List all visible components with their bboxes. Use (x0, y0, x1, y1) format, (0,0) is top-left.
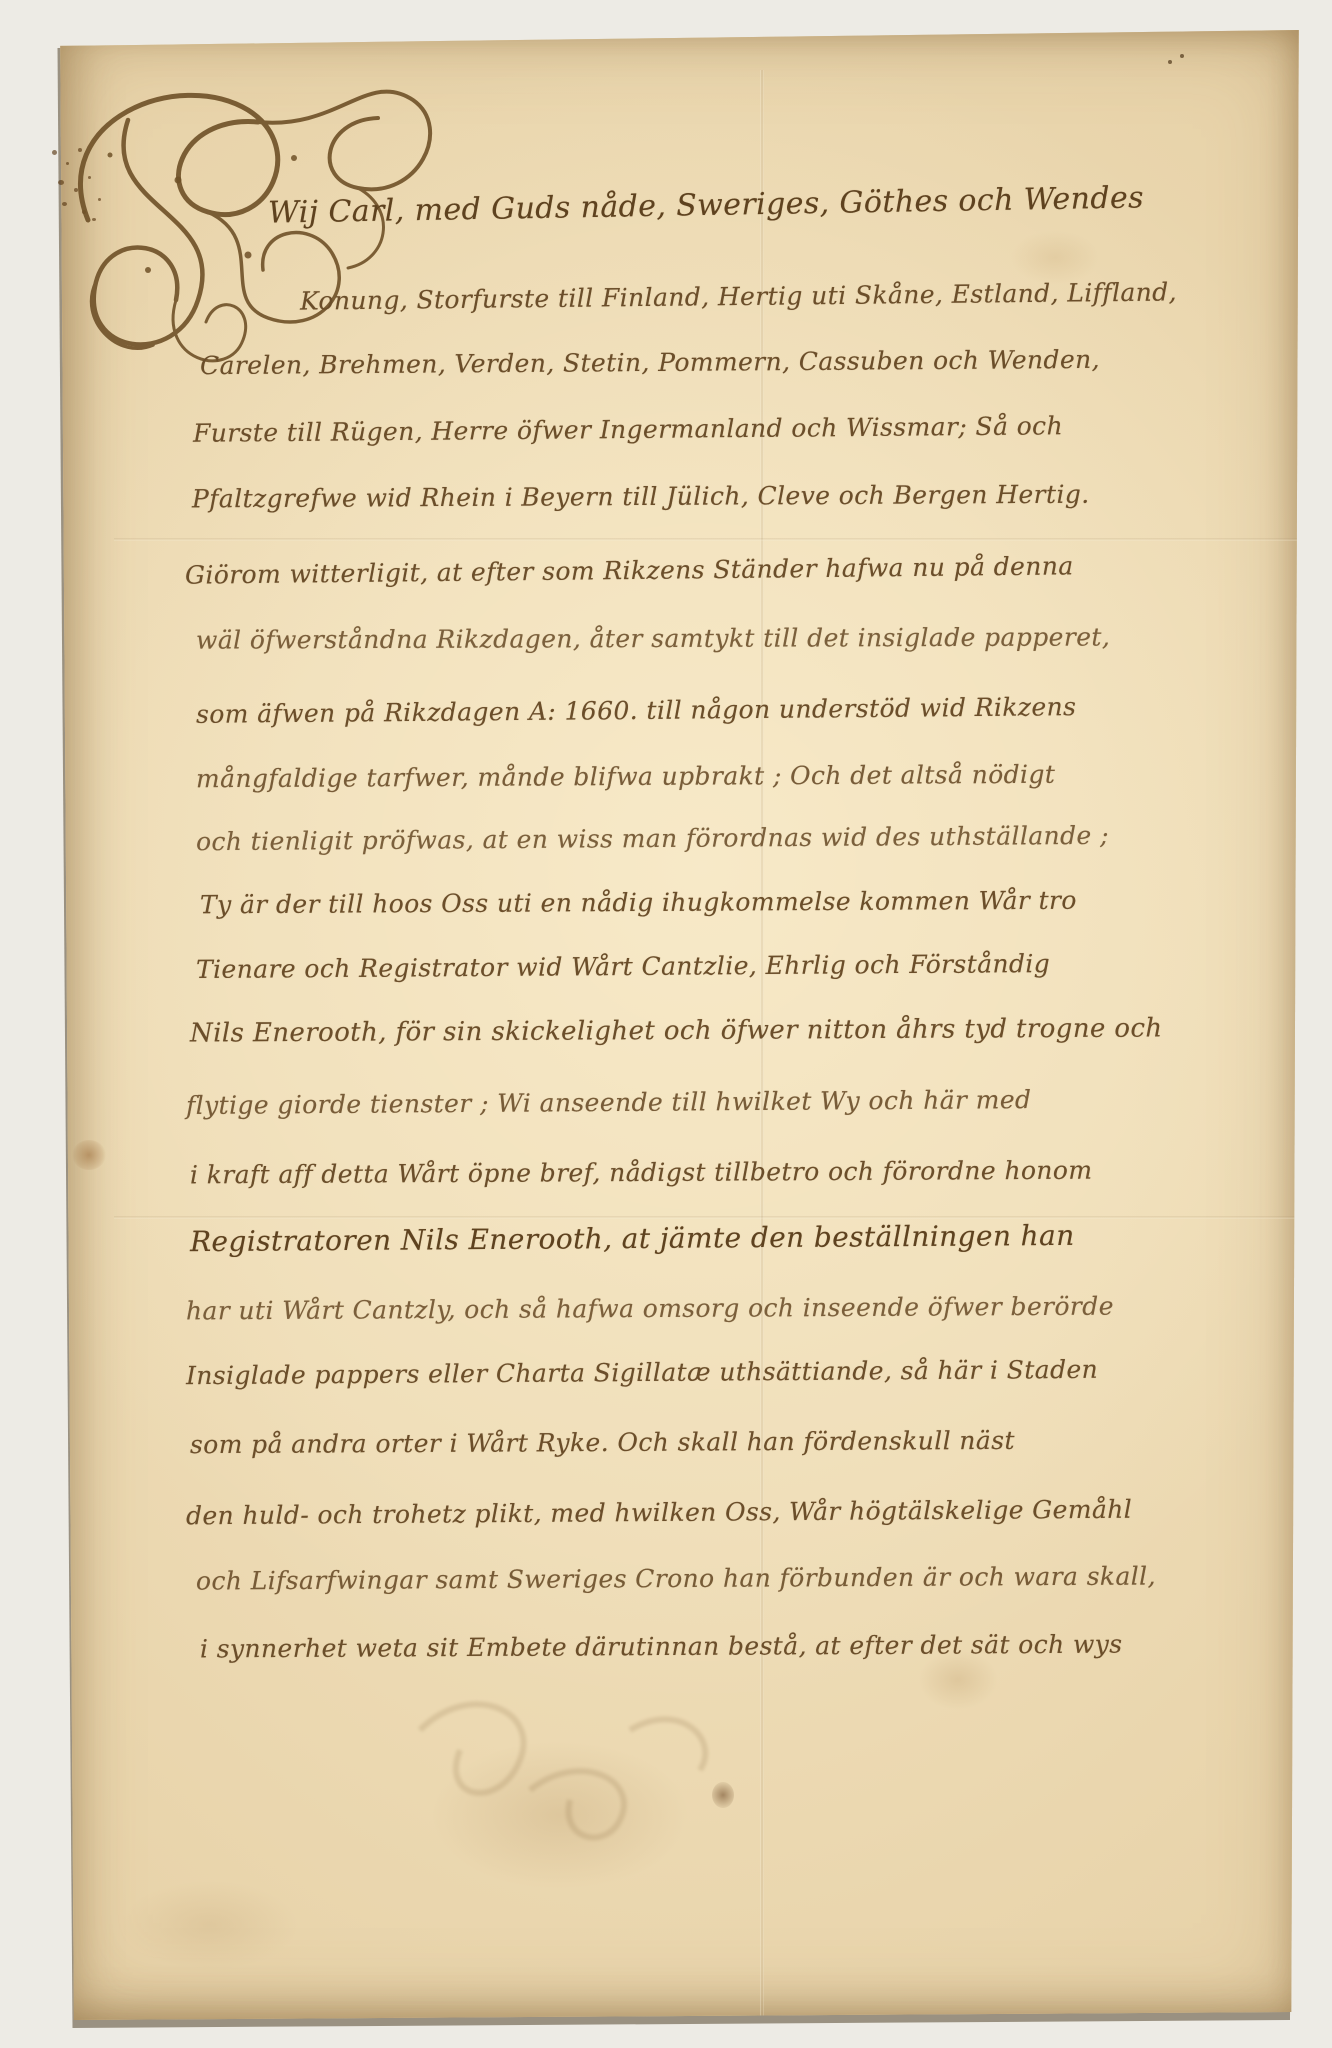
document-scan: Wij Carl, med Guds nåde, Sweriges, Göthe… (0, 0, 1332, 2048)
text-line: och Lifsarfwingar samt Sweriges Crono ha… (196, 1561, 1156, 1595)
age-stain (1010, 230, 1100, 285)
text-line: flytige giorde tienster ; Wi anseende ti… (186, 1085, 1032, 1120)
text-line: Registratoren Nils Enerooth, at jämte de… (190, 1219, 1075, 1258)
text-line: i kraft aff detta Wårt öpne bref, nådigs… (190, 1156, 1093, 1190)
age-stain (120, 1880, 300, 1970)
fold-crease-horizontal (114, 538, 1332, 541)
bleedthrough-writing (380, 1670, 760, 1870)
text-line: i synnerhet weta sit Embete därutinnan b… (200, 1630, 1123, 1664)
ink-stain (72, 1140, 106, 1170)
text-line: som på andra orter i Wårt Ryke. Och skal… (190, 1426, 1015, 1459)
fold-crease-horizontal (114, 1216, 1332, 1219)
text-line: Tienare och Registrator wid Wårt Cantzli… (196, 949, 1050, 984)
text-line: har uti Wårt Cantzly, och så hafwa omsor… (186, 1292, 1114, 1326)
text-line: wäl öfwerståndna Rikzdagen, åter samtykt… (196, 622, 1110, 654)
text-line: Ty är der till hoos Oss uti en nådig ihu… (200, 886, 1077, 920)
text-line: mångfaldige tarfwer, månde blifwa upbrak… (196, 760, 1055, 793)
text-line: Pfaltzgrefwe wid Rhein i Beyern till Jül… (192, 480, 1090, 514)
corner-dots (1168, 52, 1198, 68)
text-line: Nils Enerooth, för sin skickelighet och … (190, 1013, 1163, 1048)
